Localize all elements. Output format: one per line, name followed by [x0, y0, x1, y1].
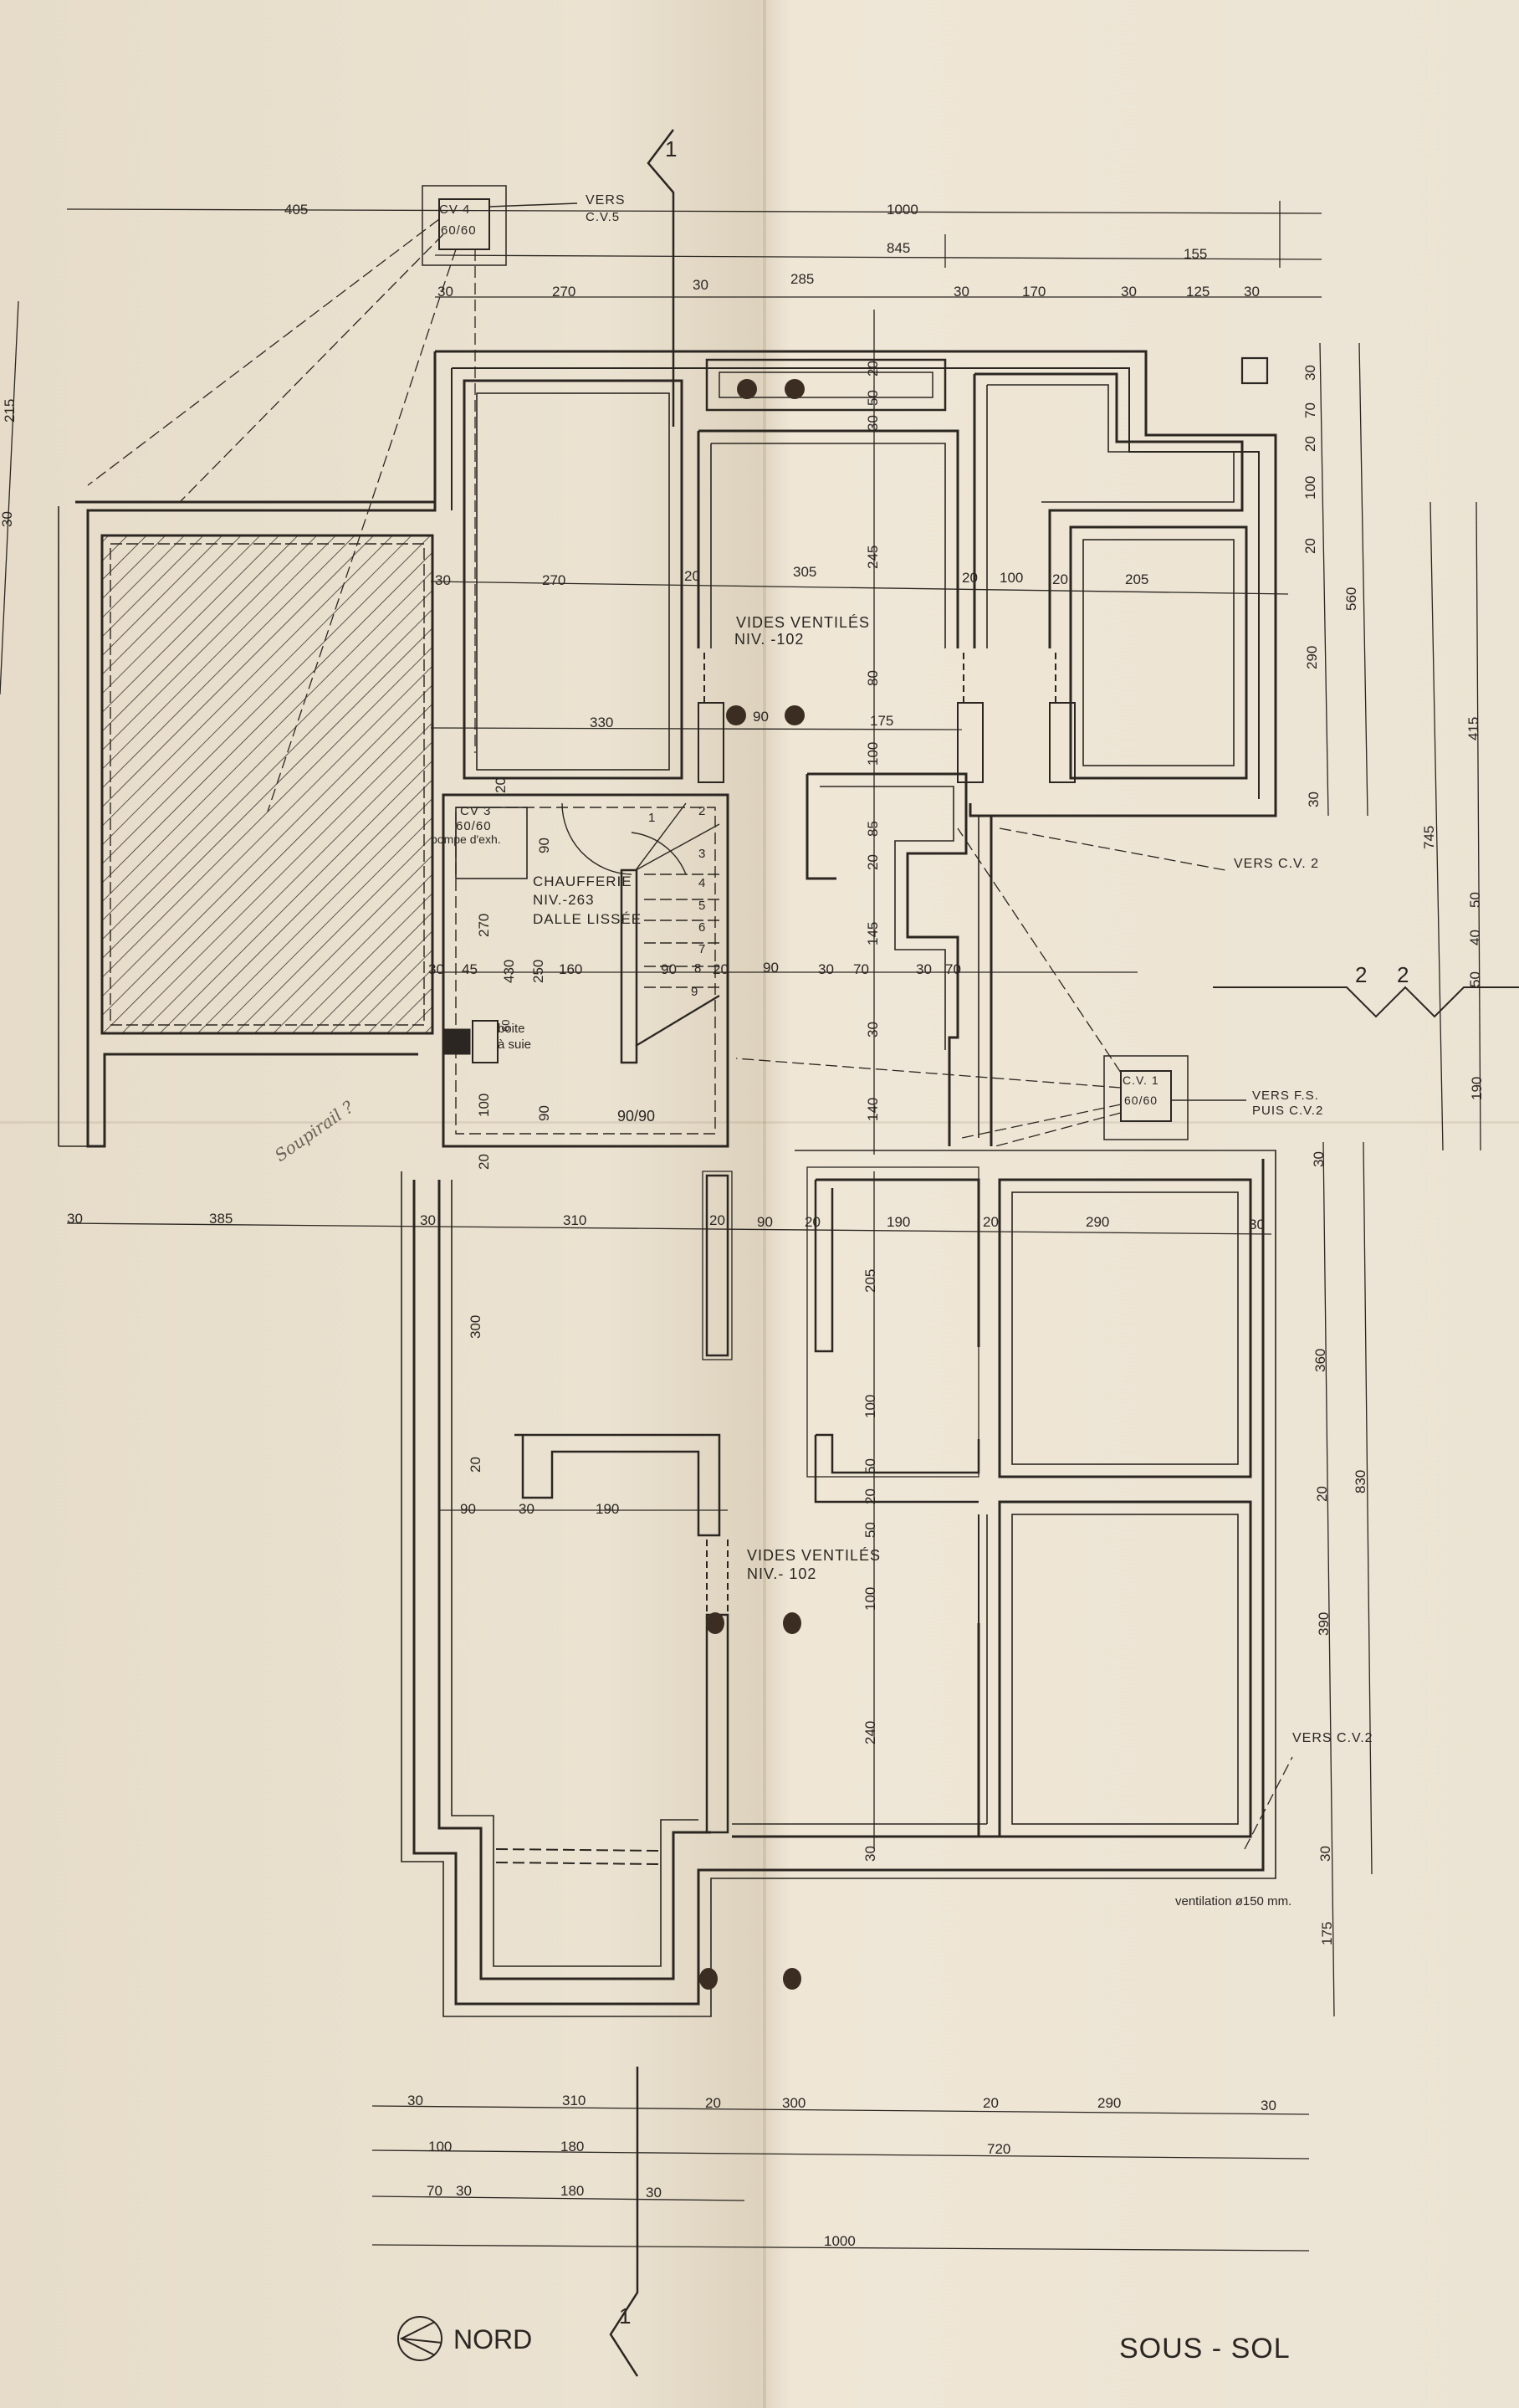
dim-vll-20-35-20: 20	[468, 1457, 483, 1473]
cv1-dest-line1: VERS F.S.	[1252, 1089, 1319, 1102]
cv4-size: 60/60	[441, 224, 477, 237]
dim-top-30c: 30	[954, 284, 969, 299]
boite-suie-line2: à suie	[498, 1038, 531, 1051]
dim-top-30b: 30	[693, 278, 708, 292]
dim-mid-20c: 20	[983, 1215, 999, 1229]
dim-r1-20b: 20	[1303, 538, 1317, 554]
dim-r3-190: 190	[1470, 1077, 1484, 1100]
stair-step-4: 4	[698, 877, 705, 889]
cv4-dest-line1: VERS	[586, 194, 626, 207]
dim-uh-20c: 20	[1052, 572, 1068, 587]
dim-ch-90: 90	[661, 962, 677, 976]
dim-vlm-100b: 100	[863, 1587, 877, 1611]
dim-ch-70: 70	[853, 962, 869, 976]
dim-r3-50: 50	[1468, 892, 1482, 908]
dim-uh-100: 100	[1000, 571, 1023, 585]
vides-bottom-line1: VIDES VENTILÉS	[747, 1548, 881, 1563]
vides-top-line2: NIV. -102	[734, 632, 804, 647]
dim-r3-745: 745	[1422, 826, 1436, 849]
dim-top-170: 170	[1022, 284, 1046, 299]
dim-lower-90: 90	[460, 1502, 476, 1516]
dim-mid-20: 20	[709, 1213, 725, 1227]
dim-top-285: 285	[790, 272, 814, 286]
dim-rl-30: 30	[1312, 1151, 1326, 1167]
dim-vlm-50: 50	[863, 1458, 877, 1474]
dim-b1-20b: 20	[983, 2096, 999, 2110]
section-mark-2-left: 2	[1355, 964, 1368, 986]
stair-step-1: 1	[648, 812, 655, 824]
cv1-dest-line2: PUIS C.V.2	[1252, 1104, 1323, 1117]
dim-rl-390: 390	[1317, 1612, 1331, 1636]
dim-vc-430: 430	[502, 960, 516, 983]
section-mark-1-bottom: 1	[619, 2305, 632, 2327]
dim-lower-30: 30	[519, 1502, 534, 1516]
dim-rl-175: 175	[1320, 1922, 1334, 1945]
dim-vm-100: 100	[866, 742, 880, 766]
dim-r2-560: 560	[1344, 587, 1358, 611]
vides-top-line1: VIDES VENTILÉS	[736, 615, 870, 630]
cv1-size: 60/60	[1124, 1094, 1158, 1106]
dim-b1-290: 290	[1097, 2096, 1121, 2110]
dim-rl-30b: 30	[1318, 1846, 1332, 1862]
dim-mid-385: 385	[209, 1212, 233, 1226]
dim-uh-205: 205	[1125, 572, 1148, 587]
chaufferie-line2: NIV.-263	[533, 893, 595, 907]
cv3-label: CV 3	[460, 805, 491, 817]
dim-b1-20: 20	[705, 2096, 721, 2110]
dim-ch-70b: 70	[945, 962, 961, 976]
dim-b2-100: 100	[428, 2139, 452, 2154]
dim-rl-20: 20	[1315, 1486, 1329, 1502]
vers-cv2-bottom: VERS C.V.2	[1292, 1732, 1373, 1745]
dim-mid-30b: 30	[420, 1213, 436, 1227]
dim-vll-300: 300	[468, 1315, 483, 1339]
dim-b2-180: 180	[560, 2139, 584, 2154]
stair-step-3: 3	[698, 848, 705, 860]
dim-mid-190: 190	[887, 1215, 910, 1229]
dim-405: 405	[284, 202, 308, 217]
dim-mid-30: 30	[67, 1212, 83, 1226]
dim-left-30: 30	[0, 511, 14, 527]
dim-vc-270: 270	[477, 914, 491, 937]
dim-vlm-30: 30	[863, 1846, 877, 1862]
stair-step-5: 5	[698, 899, 705, 912]
dim-90-upper: 90	[753, 710, 769, 724]
dim-mid-310: 310	[563, 1213, 586, 1227]
section-mark-1-top: 1	[665, 138, 678, 160]
cv4-label: CV 4	[439, 203, 470, 216]
dim-ch-30: 30	[428, 962, 444, 976]
drawing-title: SOUS - SOL	[1119, 2334, 1291, 2363]
dim-155: 155	[1184, 247, 1207, 261]
dim-vc-90b: 90	[537, 1105, 551, 1121]
cv4-dest-line2: C.V.5	[586, 211, 620, 223]
dim-top-30a: 30	[437, 284, 453, 299]
cv1-label: C.V. 1	[1123, 1074, 1159, 1086]
dim-vlm-50b: 50	[863, 1522, 877, 1538]
dim-vlm-20: 20	[863, 1488, 877, 1504]
dim-b3-180: 180	[560, 2184, 584, 2198]
dim-uh-20a: 20	[684, 569, 700, 583]
stair-step-7: 7	[698, 943, 705, 956]
dim-b3-30: 30	[456, 2184, 472, 2198]
dim-845: 845	[887, 241, 910, 255]
dim-lower-190: 190	[596, 1502, 619, 1516]
dim-r3-40: 40	[1468, 930, 1482, 945]
dim-vc-250: 250	[531, 960, 545, 983]
dim-b1-300: 300	[782, 2096, 806, 2110]
dim-vm-30b: 30	[866, 1022, 880, 1037]
dim-vm-30: 30	[866, 415, 880, 431]
section-mark-2-right: 2	[1397, 964, 1409, 986]
dim-ch-30c: 30	[916, 962, 932, 976]
dim-vm-20b: 20	[866, 854, 880, 870]
dim-vm-140: 140	[866, 1098, 880, 1121]
north-label: NORD	[453, 2326, 532, 2353]
dim-vc-90: 90	[537, 838, 551, 853]
dim-r1-20: 20	[1303, 436, 1317, 452]
dim-mid-290: 290	[1086, 1215, 1109, 1229]
dim-top-270: 270	[552, 284, 575, 299]
pit-small: 60	[500, 1020, 511, 1032]
dim-top-125: 125	[1186, 284, 1210, 299]
dim-b3-70: 70	[427, 2184, 442, 2198]
dim-r1-30: 30	[1303, 365, 1317, 381]
dim-ch-45: 45	[462, 962, 478, 976]
dim-ch-30b: 30	[818, 962, 834, 976]
dim-175: 175	[870, 714, 893, 728]
dim-vm-145: 145	[866, 922, 880, 945]
dim-r1-100: 100	[1303, 476, 1317, 500]
pit-90-90: 90/90	[617, 1109, 655, 1124]
dim-vlm-205: 205	[863, 1269, 877, 1293]
dim-r1-290: 290	[1305, 646, 1319, 669]
dim-ch-20: 20	[713, 962, 729, 976]
dim-b1-30: 30	[407, 2093, 423, 2108]
stair-step-8: 8	[694, 962, 701, 975]
dim-b3-30b: 30	[646, 2185, 662, 2200]
dim-vm-50: 50	[866, 390, 880, 406]
stair-step-2: 2	[698, 805, 705, 817]
cv3-note: pompe d'exh.	[431, 833, 501, 845]
dim-330: 330	[590, 715, 613, 730]
vides-bottom-line2: NIV.- 102	[747, 1566, 816, 1581]
dim-r3-415: 415	[1466, 717, 1481, 740]
dim-mid-20b: 20	[805, 1215, 821, 1229]
dim-vlm-100: 100	[863, 1395, 877, 1418]
chaufferie-line3: DALLE LISSÉE	[533, 912, 642, 926]
dim-r1-30b: 30	[1307, 792, 1321, 807]
stair-step-6: 6	[698, 921, 705, 934]
dim-vc-100: 100	[477, 1094, 491, 1117]
dim-vm-245: 245	[866, 546, 880, 569]
dim-b1-310: 310	[562, 2093, 586, 2108]
chaufferie-line1: CHAUFFERIE	[533, 874, 632, 889]
dim-mid-90: 90	[757, 1215, 773, 1229]
ventilation-note: ventilation ø150 mm.	[1175, 1895, 1291, 1908]
cv3-size: 60/60	[456, 820, 492, 833]
dim-b2-720: 720	[987, 2142, 1010, 2156]
dim-top-30e: 30	[1244, 284, 1260, 299]
stair-step-9: 9	[691, 986, 698, 998]
dim-top-30d: 30	[1121, 284, 1137, 299]
dim-vm-85: 85	[866, 821, 880, 837]
dim-b1-30c: 30	[1261, 2098, 1276, 2113]
dim-r3-50b: 50	[1468, 971, 1482, 987]
vers-cv2-mid: VERS C.V. 2	[1234, 858, 1319, 871]
dim-left-215: 215	[3, 399, 17, 423]
dim-uh-20b: 20	[962, 571, 978, 585]
dim-vm-80: 80	[866, 670, 880, 686]
floor-plan-drawing	[0, 0, 1519, 2408]
dim-uh-305: 305	[793, 565, 816, 579]
dim-mid-30c: 30	[1249, 1217, 1265, 1232]
dim-1000-top: 1000	[887, 202, 918, 217]
dim-vc-20: 20	[494, 777, 508, 793]
dim-vc-20b: 20	[477, 1154, 491, 1170]
dim-r1-70: 70	[1303, 402, 1317, 418]
dim-vlm-240: 240	[863, 1721, 877, 1745]
dim-rl-360: 360	[1313, 1349, 1327, 1372]
dim-uh-30: 30	[435, 573, 451, 587]
dim-ch-160: 160	[559, 962, 582, 976]
dim-b4-1000: 1000	[824, 2234, 856, 2248]
dim-ch-90b: 90	[763, 961, 779, 975]
dim-rl-830: 830	[1353, 1470, 1368, 1493]
dim-vm-20: 20	[866, 361, 880, 377]
dim-uh-270: 270	[542, 573, 565, 587]
